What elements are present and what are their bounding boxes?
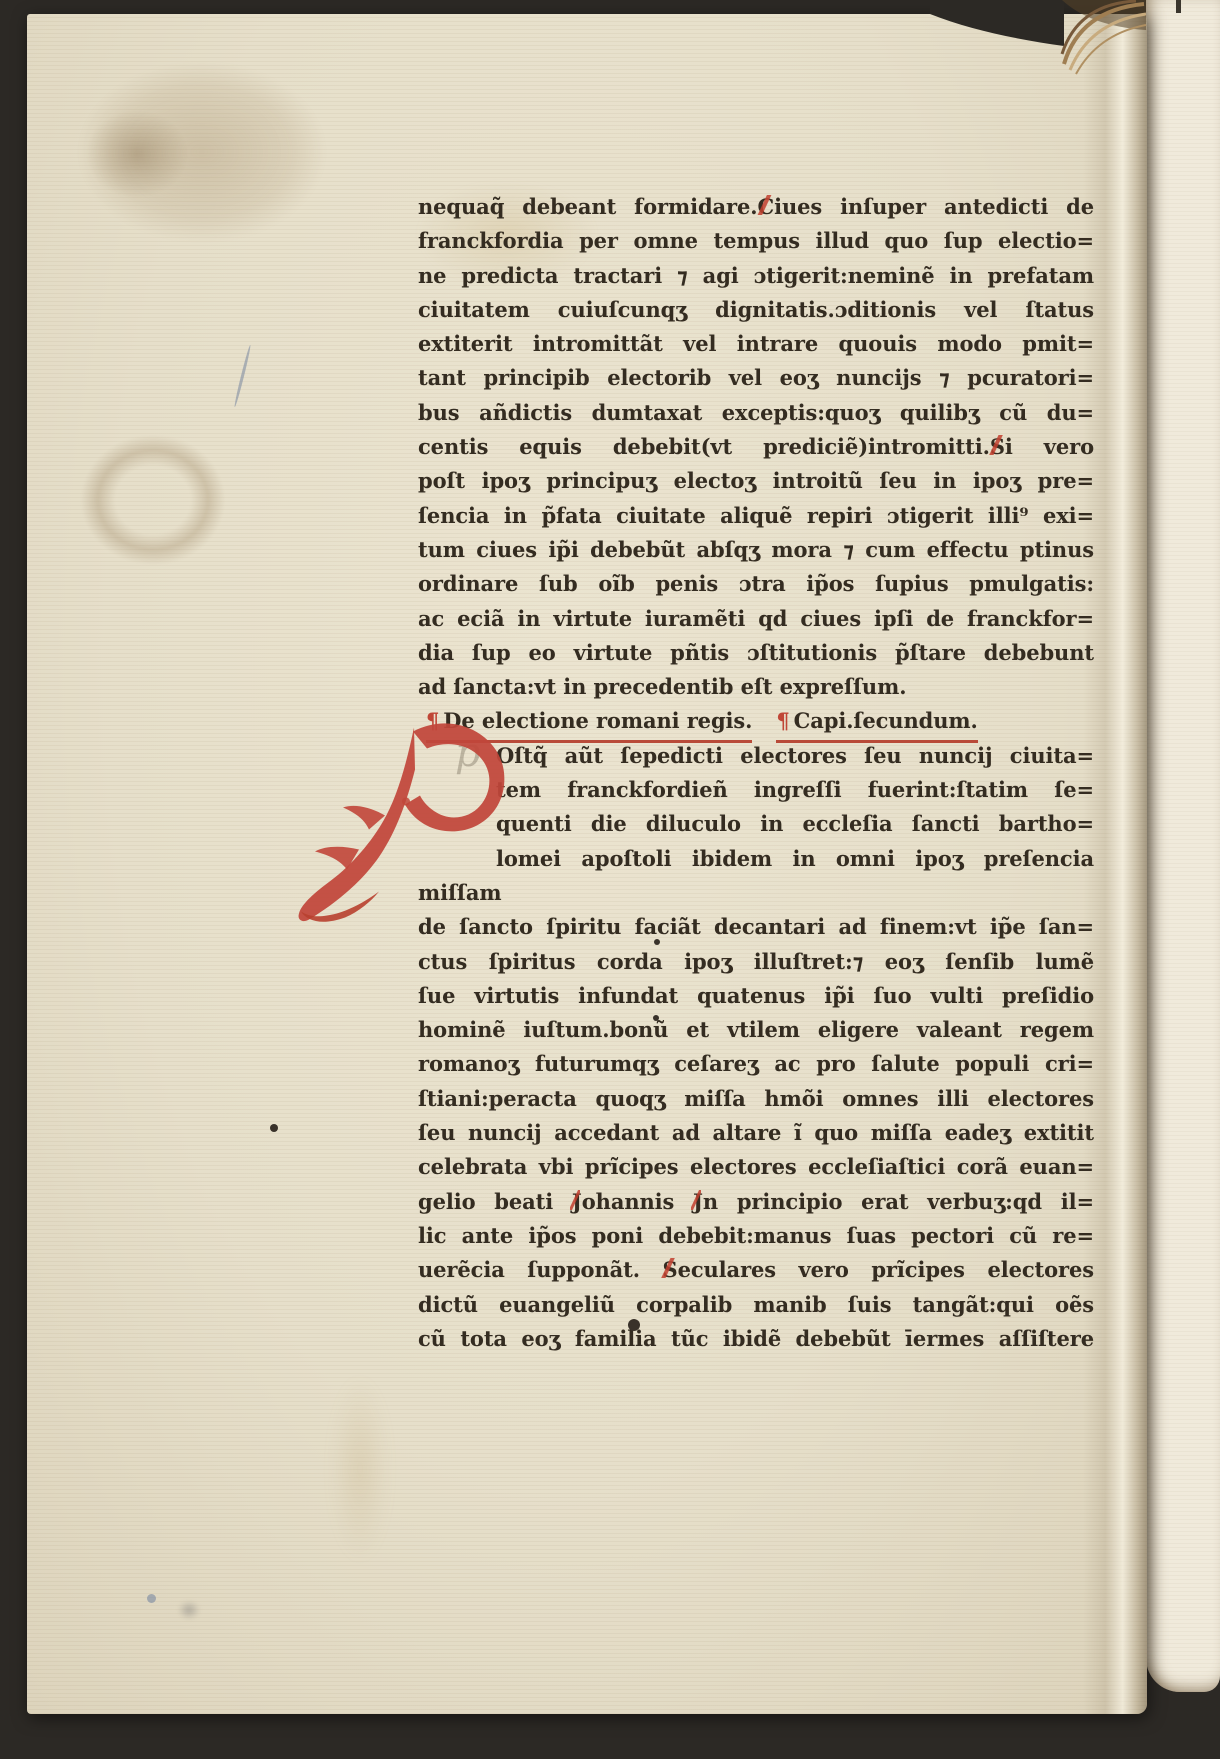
page-edge-notch [1176, 0, 1181, 13]
text-line: quenti die diluculo in eccleſia ſancti b… [418, 807, 1094, 841]
text-line: ne predicta tractari ⁊ agi ɔtigerit:nemi… [418, 259, 1094, 293]
text-line: franckfordia per omne tempus illud quo ſ… [418, 224, 1094, 258]
text-line: dia ſup eo virtute pñtis ɔſtitutionis p̃… [418, 636, 1094, 670]
text-line: ciuitatem cuiuſcunqʒ dignitatis.ɔditioni… [418, 293, 1094, 327]
text-line: ſeu nuncij accedant ad altare ĩ quo miſſ… [418, 1116, 1094, 1150]
text-line: extiterit intromittãt vel intrare quouis… [418, 327, 1094, 361]
text-line: ac eciã in virtute iuramẽti qd ciues ipſ… [418, 602, 1094, 636]
text-line: hominẽ iuſtum.bonũ et vtilem eligere val… [418, 1013, 1094, 1047]
edge-stain-ring [53, 410, 253, 590]
text-line: celebrata vbi prĩcipes electores eccleſi… [418, 1150, 1094, 1184]
text-line: ctus ſpiritus corda ipoʒ illuſtret:⁊ eoʒ… [418, 945, 1094, 979]
paragraph-2: Oſtq̃ aũt ſepedicti electores ſeu nuncij… [418, 739, 1094, 1356]
text-line: dictũ euangeliũ corpalib manib ſuis tang… [418, 1288, 1094, 1322]
ink-dot [270, 1124, 278, 1132]
gray-smudge [175, 1598, 203, 1622]
text-line: tem franckfordieñ ingreſſi fuerint:ſtati… [418, 773, 1094, 807]
paragraph-2-indented-lines: Oſtq̃ aũt ſepedicti electores ſeu nuncij… [418, 739, 1094, 842]
ink-dot [653, 1015, 659, 1021]
text-line: ordinare ſub oĩb penis ɔtra ip̃os ſupius… [418, 567, 1094, 601]
ink-dot [628, 1319, 640, 1331]
text-line: tum ciues ip̃i debebũt abſqʒ mora ⁊ cum … [418, 533, 1094, 567]
bottom-streak-stain [325, 1354, 395, 1584]
text-line: gelio beati Johannis Jn principio erat v… [418, 1185, 1094, 1219]
rubricated-letter: S [662, 1257, 677, 1282]
text-line: romanoʒ futurumqʒ ceſareʒ ac pro ſalute … [418, 1047, 1094, 1081]
paragraph-2-lines: lomei apoſtoli ibidem in omni ipoʒ preſe… [418, 842, 1094, 1356]
text-line: Oſtq̃ aũt ſepedicti electores ſeu nuncij… [418, 739, 1094, 773]
text-line: lic ante ip̃os poni debebit:manus ſuas p… [418, 1219, 1094, 1253]
blue-ink-squiggle [233, 345, 251, 408]
chapter-heading: ¶De electione romani regis. ¶Capi.ſecund… [426, 704, 1094, 738]
ink-dot [654, 939, 660, 945]
text-line: tant principib electorib vel eoʒ nuncijs… [418, 361, 1094, 395]
heading-chapter: Capi.ſecundum. [794, 708, 978, 733]
text-line: lomei apoſtoli ibidem in omni ipoʒ preſe… [418, 842, 1094, 911]
text-block: nequaq̃ debeant formidare.Ciues inſuper … [418, 190, 1094, 1356]
guide-letter: p [455, 730, 481, 776]
rubricated-letter: C [758, 194, 775, 219]
text-line: ſtiani:peracta quoqʒ miſſa hmõi omnes il… [418, 1082, 1094, 1116]
text-line: nequaq̃ debeant formidare.Ciues inſuper … [418, 190, 1094, 224]
text-line: poſt ipoʒ principuʒ electoʒ introitũ ſeu… [418, 464, 1094, 498]
rubricated-letter: S [990, 434, 1005, 459]
corner-stain [37, 32, 367, 272]
text-line: ſue virtutis infundat quatenus ip̃i ſuo … [418, 979, 1094, 1013]
manuscript-page: nequaq̃ debeant formidare.Ciues inſuper … [27, 14, 1147, 1714]
text-line: cũ tota eoʒ familia tũc ibidẽ debebũt īe… [418, 1322, 1094, 1356]
corner-stain-dark [67, 94, 207, 214]
text-line: ad ſancta:vt in precedentib eſt expreſſu… [418, 670, 1094, 704]
text-line: bus añdictis dumtaxat exceptis:quoʒ quil… [418, 396, 1094, 430]
paragraph-1: nequaq̃ debeant formidare.Ciues inſuper … [418, 190, 1094, 704]
rubricated-letter: J [572, 1189, 582, 1214]
text-line: de ſancto ſpiritu faciãt decantari ad fi… [418, 910, 1094, 944]
book-photo: nequaq̃ debeant formidare.Ciues inſuper … [0, 0, 1220, 1759]
pilcrow-icon: ¶ [426, 708, 439, 733]
heading-chapter-group: ¶Capi.ſecundum. [776, 704, 977, 742]
text-line: uerẽcia ſupponãt. Seculares vero prĩcipe… [418, 1253, 1094, 1287]
blue-ink-dot [147, 1594, 156, 1603]
heading-title: De electione romani regis. [443, 708, 752, 733]
under-page-edge [1146, 0, 1220, 1692]
rubricated-letter: J [693, 1189, 703, 1214]
text-line: ſencia in p̃fata ciuitate aliquẽ repiri … [418, 499, 1094, 533]
pilcrow-icon: ¶ [776, 708, 789, 733]
text-line: centis equis debebit(vt prediciẽ)intromi… [418, 430, 1094, 464]
